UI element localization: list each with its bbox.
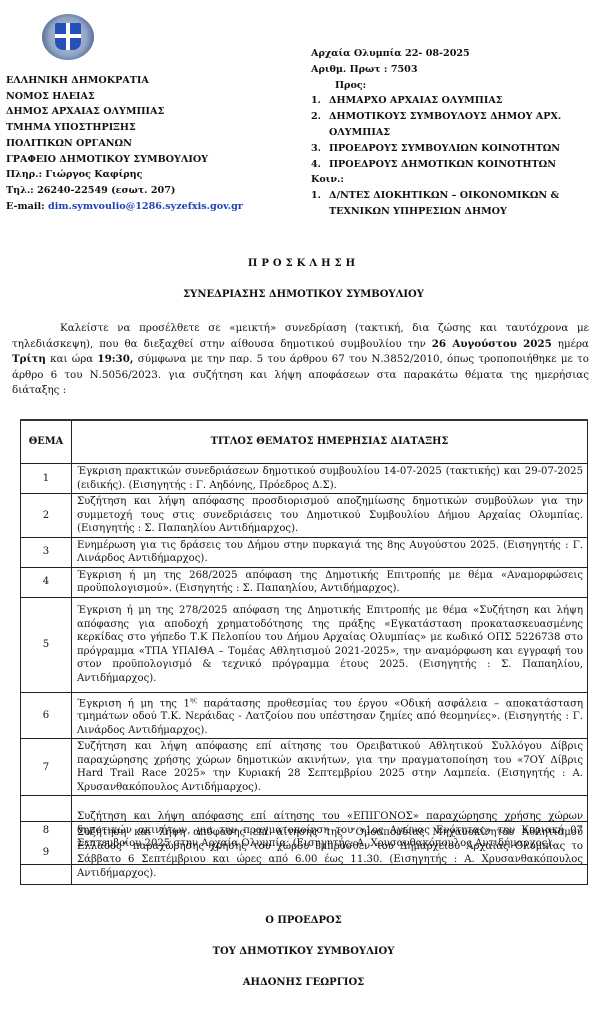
sender-line: ΓΡΑΦΕΙΟ ΔΗΜΟΤΙΚΟΥ ΣΥΜΒΟΥΛΙΟΥ (6, 152, 243, 168)
agenda-item-number: 6 (21, 692, 72, 739)
table-row: 4Έγκριση ή μη της 268/2025 απόφαση της Δ… (21, 567, 588, 597)
signature-role-org: ΤΟΥ ΔΗΜΟΤΙΚΟΥ ΣΥΜΒΟΥΛΙΟΥ (0, 946, 607, 957)
cc-list: 1.Δ/ΝΤΕΣ ΔΙΟΚΗΤΙΚΩΝ – ΟΙΚΟΝΟΜΙΚΩΝ & ΤΕΧΝ… (311, 188, 591, 220)
agenda-item-text: Έγκριση ή μη της 268/2025 απόφαση της Δη… (72, 567, 588, 597)
agenda-item-text: Συζήτηση και λήψη απόφασης προσδιορισμού… (72, 494, 588, 538)
invitation-paragraph: Καλείστε να προσέλθετε σε «μεικτή» συνεδ… (12, 321, 589, 399)
recipient-item: 2.ΔΗΜΟΤΙΚΟΥΣ ΣΥΜΒΟΥΛΟΥΣ ΔΗΜΟΥ ΑΡΧ. ΟΛΥΜΠ… (311, 109, 591, 141)
table-row: 5Έγκριση ή μη της 278/2025 απόφαση της Δ… (21, 597, 588, 692)
place-date: Αρχαία Ολυμπία 22- 08-2025 (311, 46, 591, 62)
recipient-list: 1.ΔΗΜΑΡΧΟ ΑΡΧΑΙΑΣ ΟΛΥΜΠΙΑΣ 2.ΔΗΜΟΤΙΚΟΥΣ … (311, 93, 591, 172)
table-row: 2Συζήτηση και λήψη απόφασης προσδιορισμο… (21, 494, 588, 538)
email-label: E-mail: (6, 201, 48, 212)
sender-line: ΝΟΜΟΣ ΗΛΕΙΑΣ (6, 89, 243, 105)
recipients-block: Αρχαία Ολυμπία 22- 08-2025 Αριθμ. Πρωτ :… (311, 46, 591, 220)
agenda-item-number: 9 (21, 822, 72, 885)
agenda-item-text: Ενημέρωση για τις δράσεις του Δήμου στην… (72, 537, 588, 567)
signature-name: ΑΗΔΟΝΗΣ ΓΕΩΡΓΙΟΣ (0, 977, 607, 988)
agenda-item-text: Συζήτηση και λήψη απόφασης επί αίτησης τ… (72, 739, 588, 796)
sender-email-row: E-mail: dim.symvoulio@1286.syzefxis.gov.… (6, 199, 243, 215)
table-row: 3Ενημέρωση για τις δράσεις του Δήμου στη… (21, 537, 588, 567)
meeting-date: 26 Αυγούστου 2025 (432, 338, 552, 350)
agenda-item-number: 5 (21, 597, 72, 692)
col-header-item-number: ΘΕΜΑ (21, 420, 72, 464)
sender-line: ΕΛΛΗΝΙΚΗ ΔΗΜΟΚΡΑΤΙΑ (6, 73, 243, 89)
meeting-day: Τρίτη (12, 353, 46, 365)
recipient-item: 3.ΠΡΟΕΔΡΟΥΣ ΣΥΜΒΟΥΛΙΩΝ ΚΟΙΝΟΤΗΤΩΝ (311, 141, 591, 157)
cc-label: Κοιν.: (311, 172, 591, 188)
agenda-table: ΘΕΜΑ ΤΙΤΛΟΣ ΘΕΜΑΤΟΣ ΗΜΕΡΗΣΙΑΣ ΔΙΑΤΑΞΗΣ 1… (20, 419, 588, 865)
sender-line: ΤΜΗΜΑ ΥΠΟΣΤΗΡΙΞΗΣ (6, 120, 243, 136)
agenda-item-number: 7 (21, 739, 72, 796)
agenda-item-text: Έγκριση πρακτικών συνεδριάσεων δημοτικού… (72, 464, 588, 494)
document-subtitle: ΣΥΝΕΔΡΙΑΣΗΣ ΔΗΜΟΤΙΚΟΥ ΣΥΜΒΟΥΛΙΟΥ (0, 289, 607, 300)
agenda-header-row: ΘΕΜΑ ΤΙΤΛΟΣ ΘΕΜΑΤΟΣ ΗΜΕΡΗΣΙΑΣ ΔΙΑΤΑΞΗΣ (21, 420, 588, 464)
table-row: 1Έγκριση πρακτικών συνεδριάσεων δημοτικο… (21, 464, 588, 494)
cc-item: 1.Δ/ΝΤΕΣ ΔΙΟΚΗΤΙΚΩΝ – ΟΙΚΟΝΟΜΙΚΩΝ & ΤΕΧΝ… (311, 188, 591, 220)
email-link[interactable]: dim.symvoulio@1286.syzefxis.gov.gr (48, 201, 243, 212)
recipient-item: 4.ΠΡΟΕΔΡΟΥΣ ΔΗΜΟΤΙΚΩΝ ΚΟΙΝΟΤΗΤΩΝ (311, 157, 591, 173)
sender-line: ΠΟΛΙΤΙΚΩΝ ΟΡΓΑΝΩΝ (6, 136, 243, 152)
agenda-item-number: 1 (21, 464, 72, 494)
meeting-time: 19:30, (97, 353, 133, 365)
protocol-number: Αριθμ. Πρωτ : 7503 (311, 62, 591, 78)
signature-role: Ο ΠΡΟΕΔΡΟΣ (0, 915, 607, 926)
document-title: ΠΡΟΣΚΛΗΣΗ (0, 258, 607, 269)
recipient-item: 1.ΔΗΜΑΡΧΟ ΑΡΧΑΙΑΣ ΟΛΥΜΠΙΑΣ (311, 93, 591, 109)
col-header-item-title: ΤΙΤΛΟΣ ΘΕΜΑΤΟΣ ΗΜΕΡΗΣΙΑΣ ΔΙΑΤΑΞΗΣ (72, 420, 588, 464)
sender-block: ΕΛΛΗΝΙΚΗ ΔΗΜΟΚΡΑΤΙΑ ΝΟΜΟΣ ΗΛΕΙΑΣ ΔΗΜΟΣ Α… (6, 73, 243, 214)
agenda-item-number: 2 (21, 494, 72, 538)
agenda-item-number: 3 (21, 537, 72, 567)
agenda-item-text: Συζήτηση και λήψη απόφασης επί αίτησης τ… (72, 822, 588, 885)
sender-phone: Τηλ.: 26240-22549 (εσωτ. 207) (6, 183, 243, 199)
greek-coat-of-arms-icon (42, 14, 94, 60)
table-row: 9 Συζήτηση και λήψη απόφασης επί αίτησης… (21, 822, 588, 885)
sender-line: ΔΗΜΟΣ ΑΡΧΑΙΑΣ ΟΛΥΜΠΙΑΣ (6, 104, 243, 120)
agenda-item-text: Έγκριση ή μη της 278/2025 απόφαση της Δη… (72, 597, 588, 692)
emblem-shield (55, 23, 81, 50)
agenda-item-number: 4 (21, 567, 72, 597)
sender-contact-person: Πληρ.: Γιώργος Καφίρης (6, 167, 243, 183)
table-row: 6Έγκριση ή μη της 1ης παράτασης προθεσμί… (21, 692, 588, 739)
agenda-item-text: Έγκριση ή μη της 1ης παράτασης προθεσμία… (72, 692, 588, 739)
to-label: Προς: (311, 78, 591, 94)
table-row: 7Συζήτηση και λήψη απόφασης επί αίτησης … (21, 739, 588, 796)
agenda-table-extra: 9 Συζήτηση και λήψη απόφασης επί αίτησης… (20, 821, 588, 885)
